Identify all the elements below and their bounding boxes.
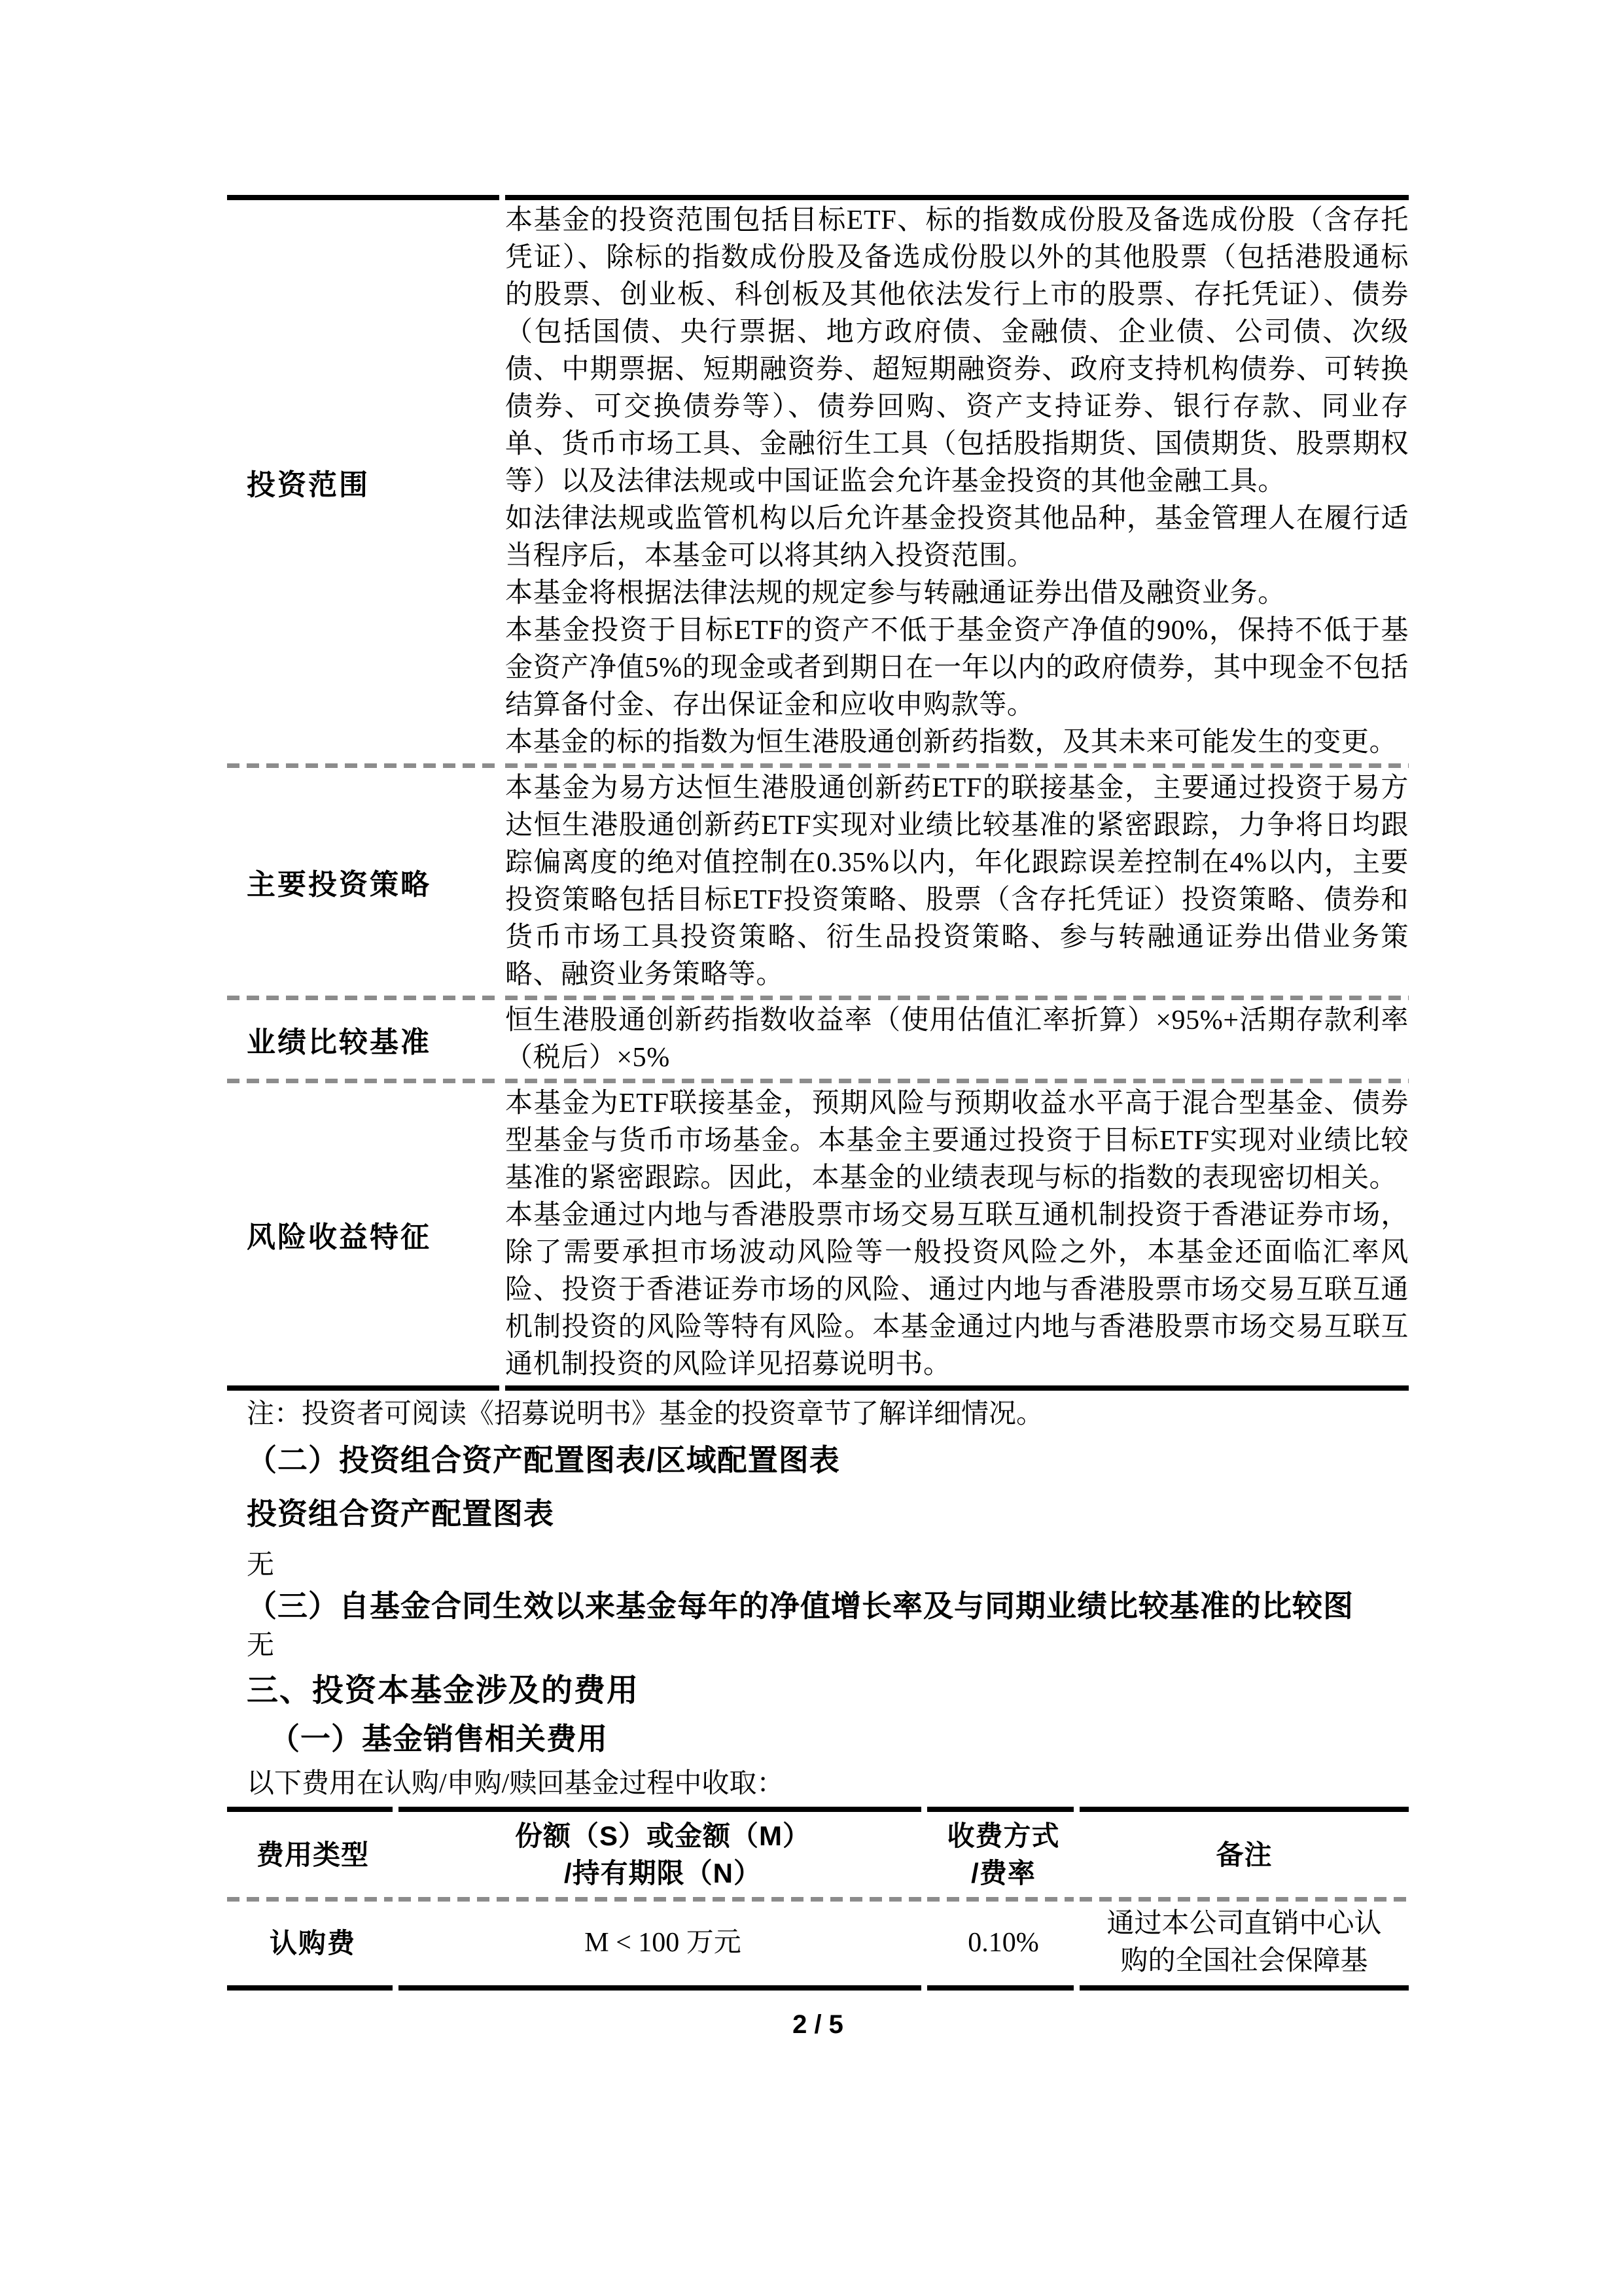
paragraph: 本基金的投资范围包括目标ETF、标的指数成份股及备选成份股（含存托凭证）、除标的…: [505, 202, 1409, 500]
document-page: 投资范围 本基金的投资范围包括目标ETF、标的指数成份股及备选成份股（含存托凭证…: [0, 0, 1624, 2296]
section-heading-nav-growth: （三）自基金合同生效以来基金每年的净值增长率及与同期业绩比较基准的比较图: [247, 1586, 1409, 1626]
page-content: 投资范围 本基金的投资范围包括目标ETF、标的指数成份股及备选成份股（含存托凭证…: [227, 0, 1409, 2040]
row-body: 本基金为易方达恒生港股通创新药ETF的联接基金，主要通过投资于易方达恒生港股通创…: [505, 768, 1409, 996]
chapter-heading-fees: 三、投资本基金涉及的费用: [247, 1670, 1409, 1712]
table-note: 注：投资者可阅读《招募说明书》基金的投资章节了解详细情况。: [247, 1396, 1409, 1433]
fee-cell-fee-type: 认购费: [227, 1902, 398, 1985]
fee-header-remark: 备注: [1080, 1812, 1409, 1897]
row-label: 业绩比较基准: [227, 1000, 505, 1079]
row-label: 主要投资策略: [227, 768, 505, 996]
table-row-benchmark: 业绩比较基准 恒生港股通创新药指数收益率（使用估值汇率折算）×95%+活期存款利…: [227, 1000, 1409, 1079]
portfolio-chart-title: 投资组合资产配置图表: [247, 1493, 1409, 1534]
section-heading-sales-fees: （一）基金销售相关费用: [270, 1718, 1409, 1759]
fee-cell-amount: M < 100 万元: [398, 1902, 927, 1985]
paragraph: 如法律法规或监管机构以后允许基金投资其他品种，基金管理人在履行适当程序后，本基金…: [505, 500, 1409, 575]
row-body: 恒生港股通创新药指数收益率（使用估值汇率折算）×95%+活期存款利率（税后）×5…: [505, 1000, 1409, 1079]
fee-cell-rate: 0.10%: [927, 1902, 1080, 1985]
fee-table-data-row: 认购费 M < 100 万元 0.10% 通过本公司直销中心认购的全国社会保障基: [227, 1902, 1409, 1985]
fee-header-amount: 份额（S）或金额（M） /持有期限（N）: [398, 1812, 927, 1897]
row-divider: [227, 1079, 1409, 1083]
row-divider: [227, 763, 1409, 768]
fee-table-header-row: 费用类型 份额（S）或金额（M） /持有期限（N） 收费方式 /费率 备注: [227, 1812, 1409, 1897]
table-row-investment-scope: 投资范围 本基金的投资范围包括目标ETF、标的指数成份股及备选成份股（含存托凭证…: [227, 200, 1409, 763]
fee-header-divider: [227, 1897, 1409, 1902]
fee-header-rate: 收费方式 /费率: [927, 1812, 1080, 1897]
paragraph: 本基金将根据法律法规的规定参与转融通证券出借及融资业务。: [505, 575, 1409, 612]
page-number: 2 / 5: [227, 2010, 1409, 2040]
table-top-border: [227, 195, 1409, 200]
row-body: 本基金的投资范围包括目标ETF、标的指数成份股及备选成份股（含存托凭证）、除标的…: [505, 200, 1409, 763]
none-text-1: 无: [247, 1547, 1409, 1584]
row-divider: [227, 996, 1409, 1000]
paragraph: 本基金投资于目标ETF的资产不低于基金资产净值的90%，保持不低于基金资产净值5…: [505, 612, 1409, 724]
table-row-risk-return: 风险收益特征 本基金为ETF联接基金，预期风险与预期收益水平高于混合型基金、债券…: [227, 1083, 1409, 1385]
table-bottom-border: [227, 1385, 1409, 1391]
table-row-investment-strategy: 主要投资策略 本基金为易方达恒生港股通创新药ETF的联接基金，主要通过投资于易方…: [227, 768, 1409, 996]
fee-header-fee-type: 费用类型: [227, 1812, 398, 1897]
fee-cell-remark: 通过本公司直销中心认购的全国社会保障基: [1080, 1902, 1409, 1985]
paragraph: 本基金的标的指数为恒生港股通创新药指数，及其未来可能发生的变更。: [505, 724, 1409, 761]
paragraph: 恒生港股通创新药指数收益率（使用估值汇率折算）×95%+活期存款利率（税后）×5…: [505, 1002, 1409, 1077]
paragraph: 本基金为ETF联接基金，预期风险与预期收益水平高于混合型基金、债券型基金与货币市…: [505, 1085, 1409, 1197]
fee-intro-text: 以下费用在认购/申购/赎回基金过程中收取：: [247, 1765, 1409, 1803]
section-heading-portfolio-charts: （二）投资组合资产配置图表/区域配置图表: [247, 1440, 1409, 1480]
paragraph: 本基金为易方达恒生港股通创新药ETF的联接基金，主要通过投资于易方达恒生港股通创…: [505, 770, 1409, 994]
row-label: 风险收益特征: [227, 1083, 505, 1385]
fee-table-bottom-border: [227, 1985, 1409, 1991]
row-body: 本基金为ETF联接基金，预期风险与预期收益水平高于混合型基金、债券型基金与货币市…: [505, 1083, 1409, 1385]
row-label: 投资范围: [227, 200, 505, 763]
none-text-2: 无: [247, 1627, 1409, 1665]
paragraph: 本基金通过内地与香港股票市场交易互联互通机制投资于香港证券市场，除了需要承担市场…: [505, 1197, 1409, 1383]
fee-table: 费用类型 份额（S）或金额（M） /持有期限（N） 收费方式 /费率 备注 认购…: [227, 1807, 1409, 1991]
fund-info-table: 投资范围 本基金的投资范围包括目标ETF、标的指数成份股及备选成份股（含存托凭证…: [227, 195, 1409, 1391]
fee-table-top-border: [227, 1807, 1409, 1812]
